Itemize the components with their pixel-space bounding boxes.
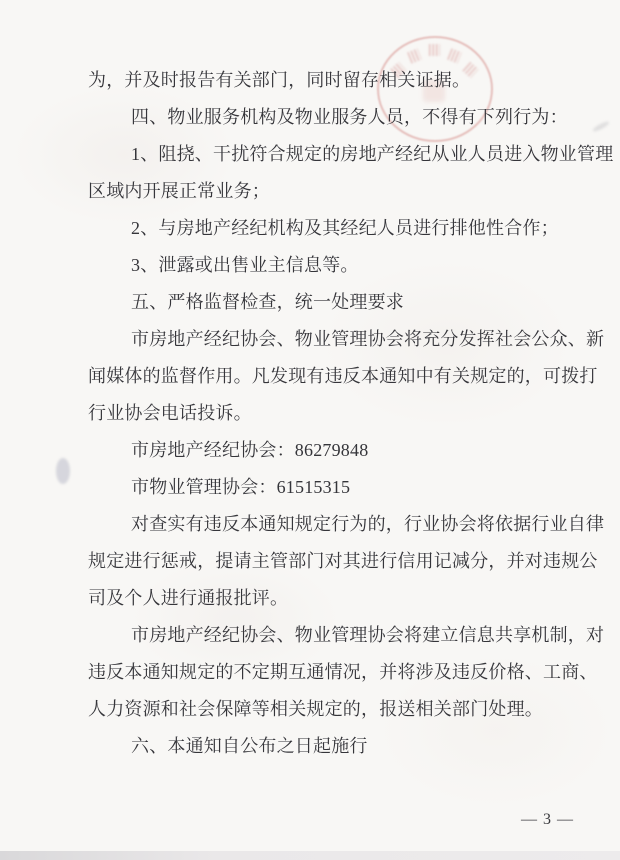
text-line: 为，并及时报告有关部门，同时留存相关证据。 (88, 62, 596, 99)
text-line: 3、泄露或出售业主信息等。 (88, 247, 596, 284)
text-line: 六、本通知自公布之日起施行 (88, 728, 596, 765)
text-line: 人力资源和社会保障等相关规定的，报送相关部门处理。 (88, 691, 596, 728)
text-line: 市房地产经纪协会、物业管理协会将建立信息共享机制，对 (88, 617, 596, 654)
document-body: 为，并及时报告有关部门，同时留存相关证据。 四、物业服务机构及物业服务人员，不得… (0, 62, 620, 765)
text-line: 2、与房地产经纪机构及其经纪人员进行排他性合作； (88, 210, 596, 247)
text-line: 行业协会电话投诉。 (88, 395, 596, 432)
text-line: 1、阻挠、干扰符合规定的房地产经纪从业人员进入物业管理 (88, 136, 596, 173)
text-line: 市房地产经纪协会、物业管理协会将充分发挥社会公众、新 (88, 321, 596, 358)
text-line: 市房地产经纪协会：86279848 (88, 432, 596, 469)
page-number: — 3 — (521, 810, 574, 830)
seal-text-mark (429, 44, 440, 56)
text-line: 规定进行惩戒，提请主管部门对其进行信用记减分，并对违规公 (88, 543, 596, 580)
text-line: 闻媒体的监督作用。凡发现有违反本通知中有关规定的，可拨打 (88, 358, 596, 395)
scan-bottom-edge (0, 851, 620, 860)
text-line: 对查实有违反本通知规定行为的，行业协会将依据行业自律 (88, 506, 596, 543)
text-line: 四、物业服务机构及物业服务人员，不得有下列行为： (88, 99, 596, 136)
text-line: 五、严格监督检查，统一处理要求 (88, 284, 596, 321)
text-line: 区域内开展正常业务； (88, 173, 596, 210)
text-line: 市物业管理协会：61515315 (88, 469, 596, 506)
scanned-document-page: 为，并及时报告有关部门，同时留存相关证据。 四、物业服务机构及物业服务人员，不得… (0, 0, 620, 860)
text-line: 司及个人进行通报批评。 (88, 580, 596, 617)
text-line: 违反本通知规定的不定期互通情况，并将涉及违反价格、工商、 (88, 654, 596, 691)
